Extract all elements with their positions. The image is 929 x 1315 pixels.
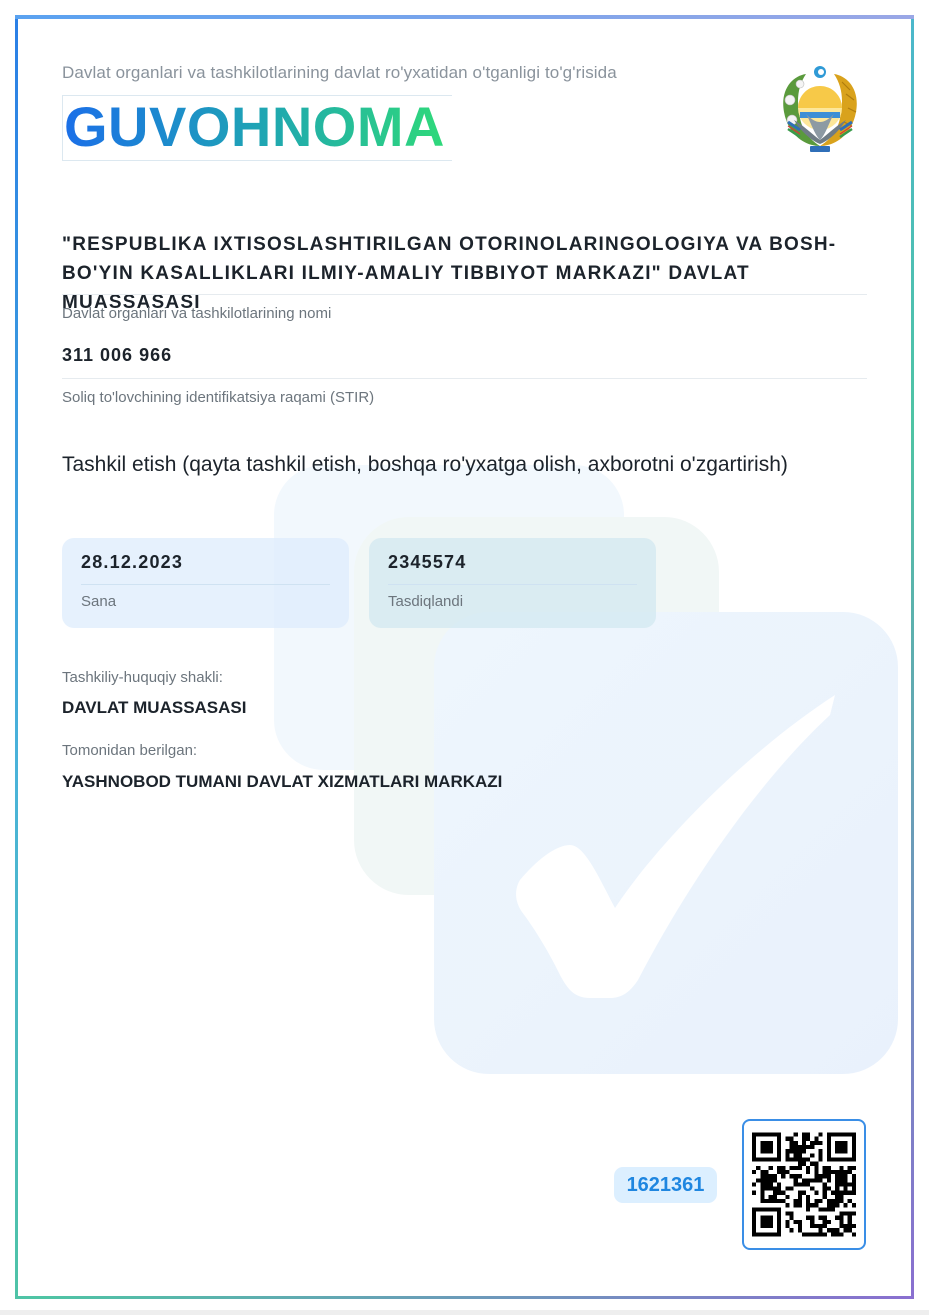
divider [62, 294, 867, 295]
approval-label: Tasdiqlandi [388, 593, 637, 610]
organization-name-label: Davlat organlari va tashkilotlarining no… [62, 305, 331, 322]
certificate-title: GUVOHNOMA [64, 96, 445, 158]
certificate-content: Davlat organlari va tashkilotlarining da… [0, 0, 929, 1315]
qr-code-frame[interactable] [742, 1119, 866, 1250]
organization-name: "RESPUBLIKA IXTISOSLASHTIRILGAN OTORINOL… [62, 230, 862, 317]
card-divider [388, 584, 637, 585]
stir-label: Soliq to'lovchining identifikatsiya raqa… [62, 389, 374, 406]
legal-form-value: DAVLAT MUASSASASI [62, 698, 247, 718]
issued-by-value: YASHNOBOD TUMANI DAVLAT XIZMATLARI MARKA… [62, 772, 502, 792]
registration-action: Tashkil etish (qayta tashkil etish, bosh… [62, 448, 822, 481]
divider [62, 378, 867, 379]
date-card: 28.12.2023 Sana [62, 538, 349, 628]
document-number-badge: 1621361 [614, 1167, 717, 1203]
uzbekistan-coat-of-arms-icon [770, 60, 870, 160]
issued-by-label: Tomonidan berilgan: [62, 742, 197, 759]
date-label: Sana [81, 593, 330, 610]
stir-value: 311 006 966 [62, 345, 172, 366]
card-divider [81, 584, 330, 585]
approval-value: 2345574 [388, 552, 637, 573]
date-value: 28.12.2023 [81, 552, 330, 573]
legal-form-label: Tashkiliy-huquqiy shakli: [62, 669, 223, 686]
certificate-subtitle: Davlat organlari va tashkilotlarining da… [62, 63, 617, 83]
approval-card: 2345574 Tasdiqlandi [369, 538, 656, 628]
qr-code-icon[interactable] [752, 1129, 856, 1240]
